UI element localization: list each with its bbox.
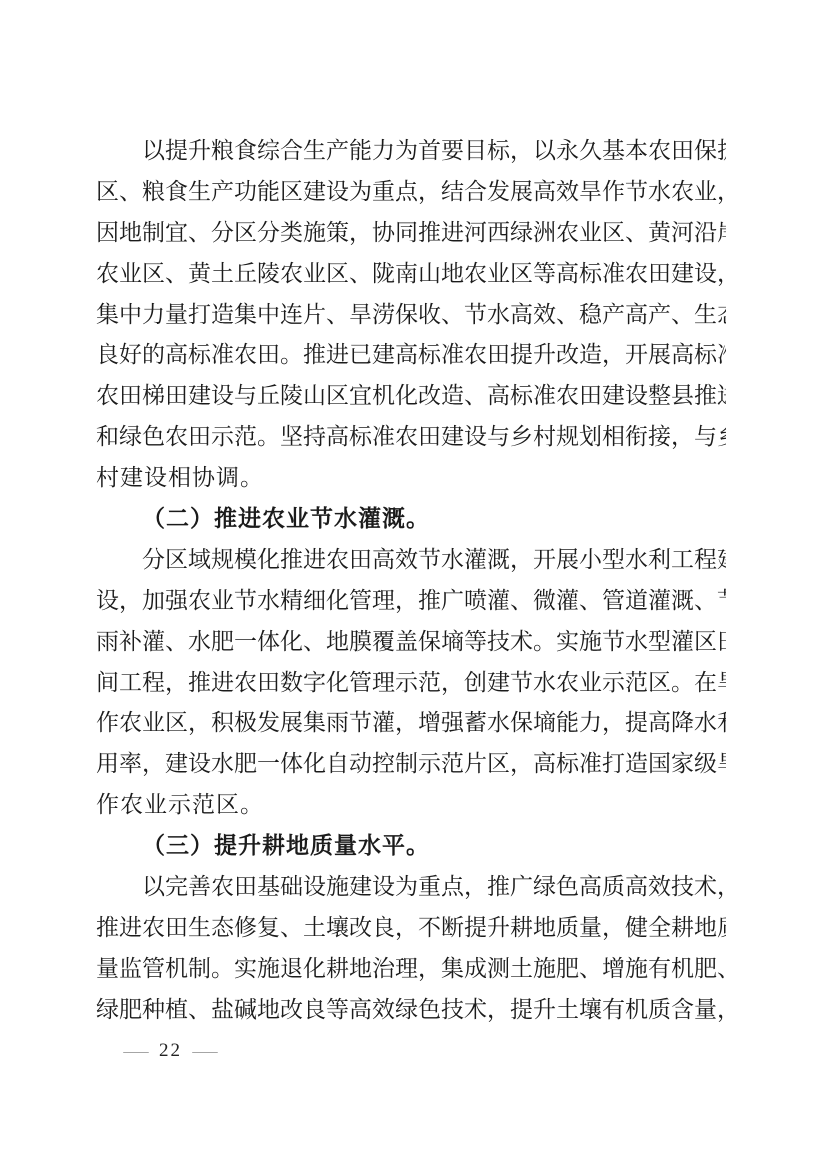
body-line: 绿肥种植、盐碱地改良等高效绿色技术，提升土壤有机质含量， (96, 990, 726, 1031)
body-line: 以完善农田基础设施建设为重点，推广绿色高质高效技术， (96, 867, 726, 908)
body-line: 以提升粮食综合生产能力为首要目标，以永久基本农田保护 (96, 131, 726, 172)
body-line: 间工程，推进农田数字化管理示范，创建节水农业示范区。在旱 (96, 663, 726, 704)
document-body: 以提升粮食综合生产能力为首要目标，以永久基本农田保护 区、粮食生产功能区建设为重… (96, 131, 726, 1031)
body-line: 集中力量打造集中连片、旱涝保收、节水高效、稳产高产、生态 (96, 295, 726, 336)
body-line: 村建设相协调。 (96, 458, 726, 499)
body-line: 作农业区，积极发展集雨节灌，增强蓄水保墒能力，提高降水利 (96, 703, 726, 744)
body-line: 分区域规模化推进农田高效节水灌溉，开展小型水利工程建 (96, 540, 726, 581)
body-line: 作农业示范区。 (96, 785, 726, 826)
body-line: 量监管机制。实施退化耕地治理，集成测土施肥、增施有机肥、 (96, 949, 726, 990)
section-heading-2: （二）推进农业节水灌溉。 (96, 499, 726, 540)
body-line: 良好的高标准农田。推进已建高标准农田提升改造，开展高标准 (96, 335, 726, 376)
document-page: 以提升粮食综合生产能力为首要目标，以永久基本农田保护 区、粮食生产功能区建设为重… (0, 0, 826, 1169)
body-line: 农业区、黄土丘陵农业区、陇南山地农业区等高标准农田建设， (96, 254, 726, 295)
section-heading-3: （三）提升耕地质量水平。 (96, 826, 726, 867)
body-line: 区、粮食生产功能区建设为重点，结合发展高效旱作节水农业， (96, 172, 726, 213)
body-line: 设，加强农业节水精细化管理，推广喷灌、微灌、管道灌溉、节 (96, 581, 726, 622)
page-number: 22 (159, 1038, 182, 1064)
body-line: 用率，建设水肥一体化自动控制示范片区，高标准打造国家级旱 (96, 744, 726, 785)
page-footer: — 22 — (127, 1038, 214, 1064)
body-line: 农田梯田建设与丘陵山区宜机化改造、高标准农田建设整县推进 (96, 376, 726, 417)
body-line: 雨补灌、水肥一体化、地膜覆盖保墒等技术。实施节水型灌区田 (96, 622, 726, 663)
body-line: 推进农田生态修复、土壤改良，不断提升耕地质量，健全耕地质 (96, 908, 726, 949)
body-line: 因地制宜、分区分类施策，协同推进河西绿洲农业区、黄河沿岸 (96, 213, 726, 254)
footer-dash-right: — (192, 1038, 217, 1064)
body-line: 和绿色农田示范。坚持高标准农田建设与乡村规划相衔接，与乡 (96, 417, 726, 458)
footer-dash-left: — (123, 1038, 148, 1064)
